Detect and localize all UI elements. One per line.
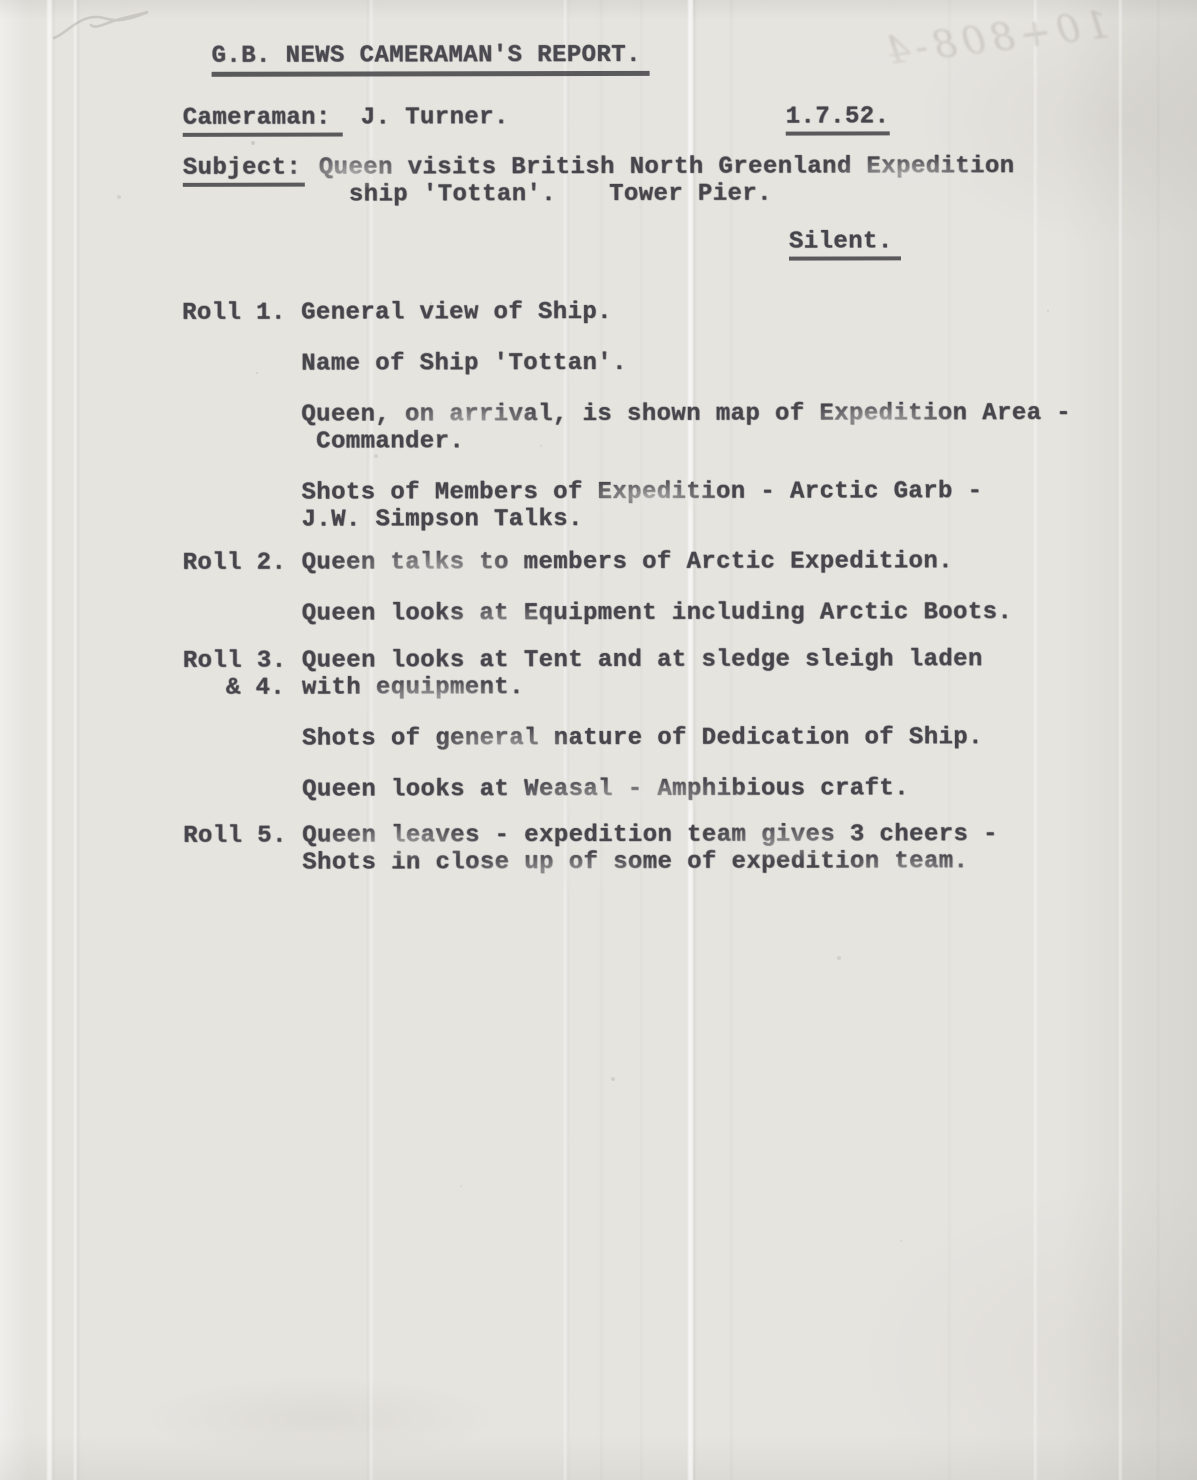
roll-paragraph: Queen, on arrival, is shown map of Exped… (301, 400, 1141, 456)
roll-label: Roll 2. (183, 550, 302, 577)
roll-label-line1: Roll 5. (183, 823, 302, 850)
roll-block-1: Roll 1. General view of Ship. Name of Sh… (182, 298, 1141, 534)
sound-note: Silent. (789, 228, 901, 260)
roll-paragraph: Queen looks at Equipment including Arcti… (302, 599, 1142, 628)
subject-line1: Queen visits British North Greenland Exp… (319, 153, 1015, 181)
roll-label-line1: Roll 2. (183, 550, 302, 577)
roll-label: Roll 5. (183, 823, 302, 850)
subject-content: Queen visits British North Greenland Exp… (319, 153, 1015, 208)
subject-line2: ship 'Tottan'.Tower Pier. (319, 180, 1015, 208)
roll-label-line2: & 4. (183, 675, 302, 702)
cameraman-label: Cameraman: (183, 105, 343, 137)
roll-paragraph: Shots of general nature of Dedication of… (302, 724, 1142, 753)
subject-ship: ship 'Tottan'. (349, 181, 556, 208)
roll-paragraph: General view of Ship. (301, 298, 1141, 327)
roll-paragraph: Shots of Members of Expedition - Arctic … (301, 478, 1141, 534)
page-title: G.B. NEWS CAMERAMAN'S REPORT. (212, 42, 650, 77)
roll-label: Roll 3. & 4. (183, 648, 302, 702)
roll-block-5: Roll 5. Queen leaves - expedition team g… (183, 821, 1142, 877)
sound-note-text: Silent. (789, 228, 901, 260)
report-date: 1.7.52. (786, 103, 890, 130)
roll-label-line1: Roll 1. (182, 300, 301, 327)
roll-paragraph: Name of Ship 'Tottan'. (301, 349, 1141, 378)
page-title-text: G.B. NEWS CAMERAMAN'S REPORT. (212, 42, 650, 77)
roll-paragraph: Queen looks at Weasal - Amphibious craft… (302, 775, 1142, 804)
subject-location: Tower Pier. (609, 181, 772, 208)
scanned-document-page: 10+808-4 G.B. NEWS CAMERAMAN'S REPORT. C… (0, 0, 1197, 1480)
cameraman-line: Cameraman:J. Turner. (183, 104, 509, 137)
subject-label-cell: Subject: (183, 155, 319, 209)
roll-paragraphs: Queen talks to members of Arctic Expedit… (302, 548, 1142, 628)
roll-paragraph: Queen talks to members of Arctic Expedit… (302, 548, 1142, 577)
roll-paragraphs: General view of Ship. Name of Ship 'Tott… (301, 298, 1141, 534)
roll-paragraphs: Queen looks at Tent and at sledge sleigh… (302, 646, 1142, 804)
roll-block-2: Roll 2. Queen talks to members of Arctic… (183, 548, 1142, 628)
roll-paragraphs: Queen leaves - expedition team gives 3 c… (302, 821, 1142, 877)
roll-label: Roll 1. (182, 300, 301, 327)
typed-content: G.B. NEWS CAMERAMAN'S REPORT. Cameraman:… (0, 0, 1197, 1480)
subject-block: Subject: Queen visits British North Gree… (183, 153, 1015, 209)
subject-label: Subject: (183, 155, 305, 187)
report-date-text: 1.7.52. (786, 103, 890, 135)
roll-label-line1: Roll 3. (183, 648, 302, 675)
cameraman-name: J. Turner. (361, 104, 509, 131)
roll-paragraph: Queen leaves - expedition team gives 3 c… (302, 821, 1142, 877)
roll-block-3-4: Roll 3. & 4. Queen looks at Tent and at … (183, 646, 1142, 804)
roll-paragraph: Queen looks at Tent and at sledge sleigh… (302, 646, 1142, 702)
